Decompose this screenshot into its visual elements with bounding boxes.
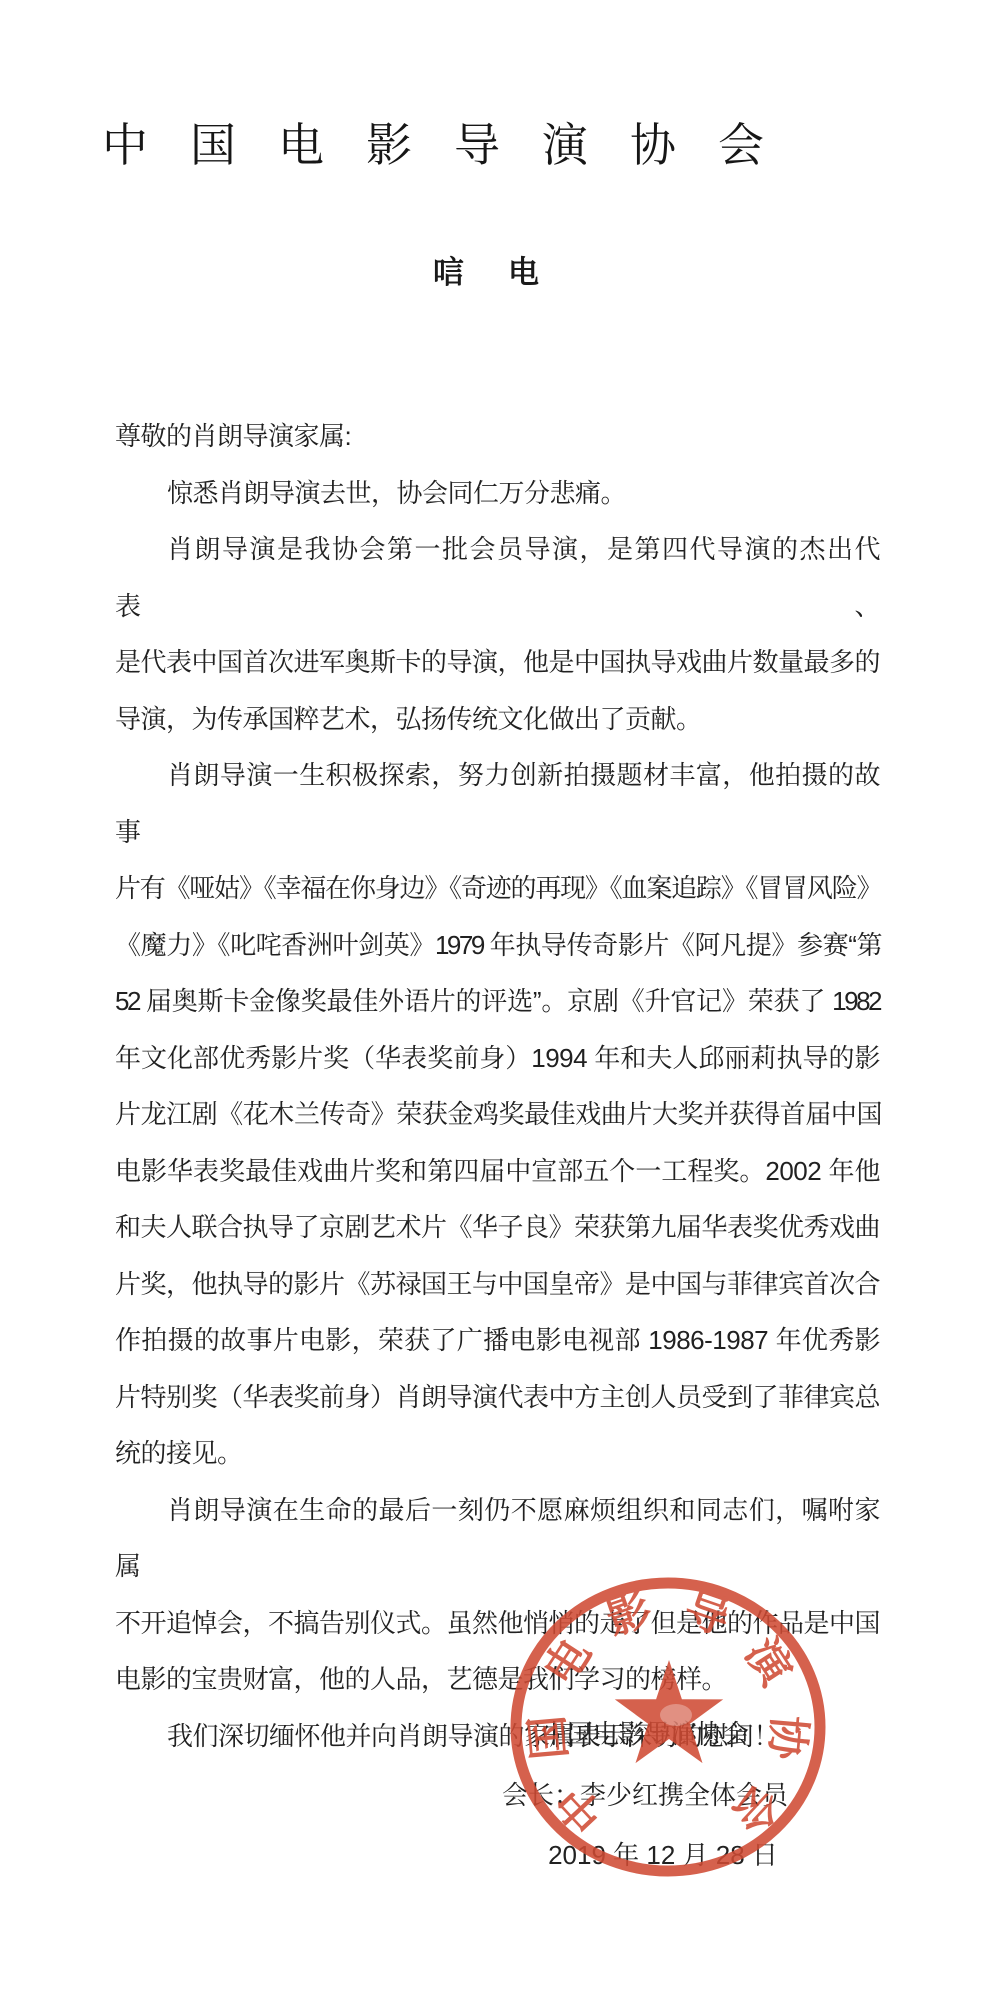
body-line: 电影的宝贵财富，他的人品，艺德是我们学习的榜样。 [115, 1651, 880, 1708]
body-line: 52 届奥斯卡金像奖最佳外语片的评选”。京剧《升官记》荣获了 1982 [115, 973, 880, 1030]
body-line: 片龙江剧《花木兰传奇》荣获金鸡奖最佳戏曲片大奖并获得首届中国 [115, 1086, 880, 1143]
body-line: 片特别奖（华表奖前身）肖朗导演代表中方主创人员受到了菲律宾总 [115, 1369, 880, 1426]
body-line: 肖朗导演一生积极探索，努力创新拍摄题材丰富，他拍摄的故事 [115, 747, 880, 860]
body-line: 惊悉肖朗导演去世，协会同仁万分悲痛。 [115, 465, 880, 522]
body-line: 电影华表奖最佳戏曲片奖和第四届中宣部五个一工程奖。2002 年他 [115, 1143, 880, 1200]
body-line: 导演，为传承国粹艺术，弘扬传统文化做出了贡献。 [115, 691, 880, 748]
page-title: 中国电影导演协会 [102, 120, 806, 171]
signature-block: 中国电影导演协会 会长：李少红携全体会员 2019 年 12 月 28 日 [480, 1720, 810, 1869]
body-line: 肖朗导演是我协会第一批会员导演，是第四代导演的杰出代表、 [115, 521, 880, 634]
body-line: 片奖，他执导的影片《苏禄国王与中国皇帝》是中国与菲律宾首次合 [115, 1256, 880, 1313]
body-line: 肖朗导演在生命的最后一刻仍不愿麻烦组织和同志们，嘱咐家属 [115, 1482, 880, 1595]
signature-date: 2019 年 12 月 28 日 [480, 1841, 810, 1869]
body-line: 《魔力》《叱咤香洲叶剑英》1979 年执导传奇影片《阿凡提》参赛“第 [115, 917, 880, 974]
signature-org: 中国电影导演协会 [480, 1720, 810, 1748]
salutation: 尊敬的肖朗导演家属: [115, 408, 880, 465]
body-line: 和夫人联合执导了京剧艺术片《华子良》荣获第九届华表奖优秀戏曲 [115, 1199, 880, 1256]
signature-president: 会长：李少红携全体会员 [480, 1781, 810, 1809]
letter-page: 中国电影导演协会 唁电 尊敬的肖朗导演家属: 惊悉肖朗导演去世，协会同仁万分悲痛… [0, 0, 1000, 2004]
letter-body: 尊敬的肖朗导演家属: 惊悉肖朗导演去世，协会同仁万分悲痛。 肖朗导演是我协会第一… [115, 408, 880, 1764]
body-line: 作拍摄的故事片电影，荣获了广播电影电视部 1986-1987 年优秀影 [115, 1312, 880, 1369]
body-line: 片有《哑姑》《幸福在你身边》《奇迹的再现》《血案追踪》《冒冒风险》 [115, 860, 880, 917]
body-line: 是代表中国首次进军奥斯卡的导演，他是中国执导戏曲片数量最多的 [115, 634, 880, 691]
doc-type-heading: 唁电 [433, 256, 583, 290]
body-line: 不开追悼会，不搞告别仪式。虽然他悄悄的走了但是他的作品是中国 [115, 1595, 880, 1652]
body-line: 年文化部优秀影片奖（华表奖前身）1994 年和夫人邱丽莉执导的影 [115, 1030, 880, 1087]
body-line: 统的接见。 [115, 1425, 880, 1482]
